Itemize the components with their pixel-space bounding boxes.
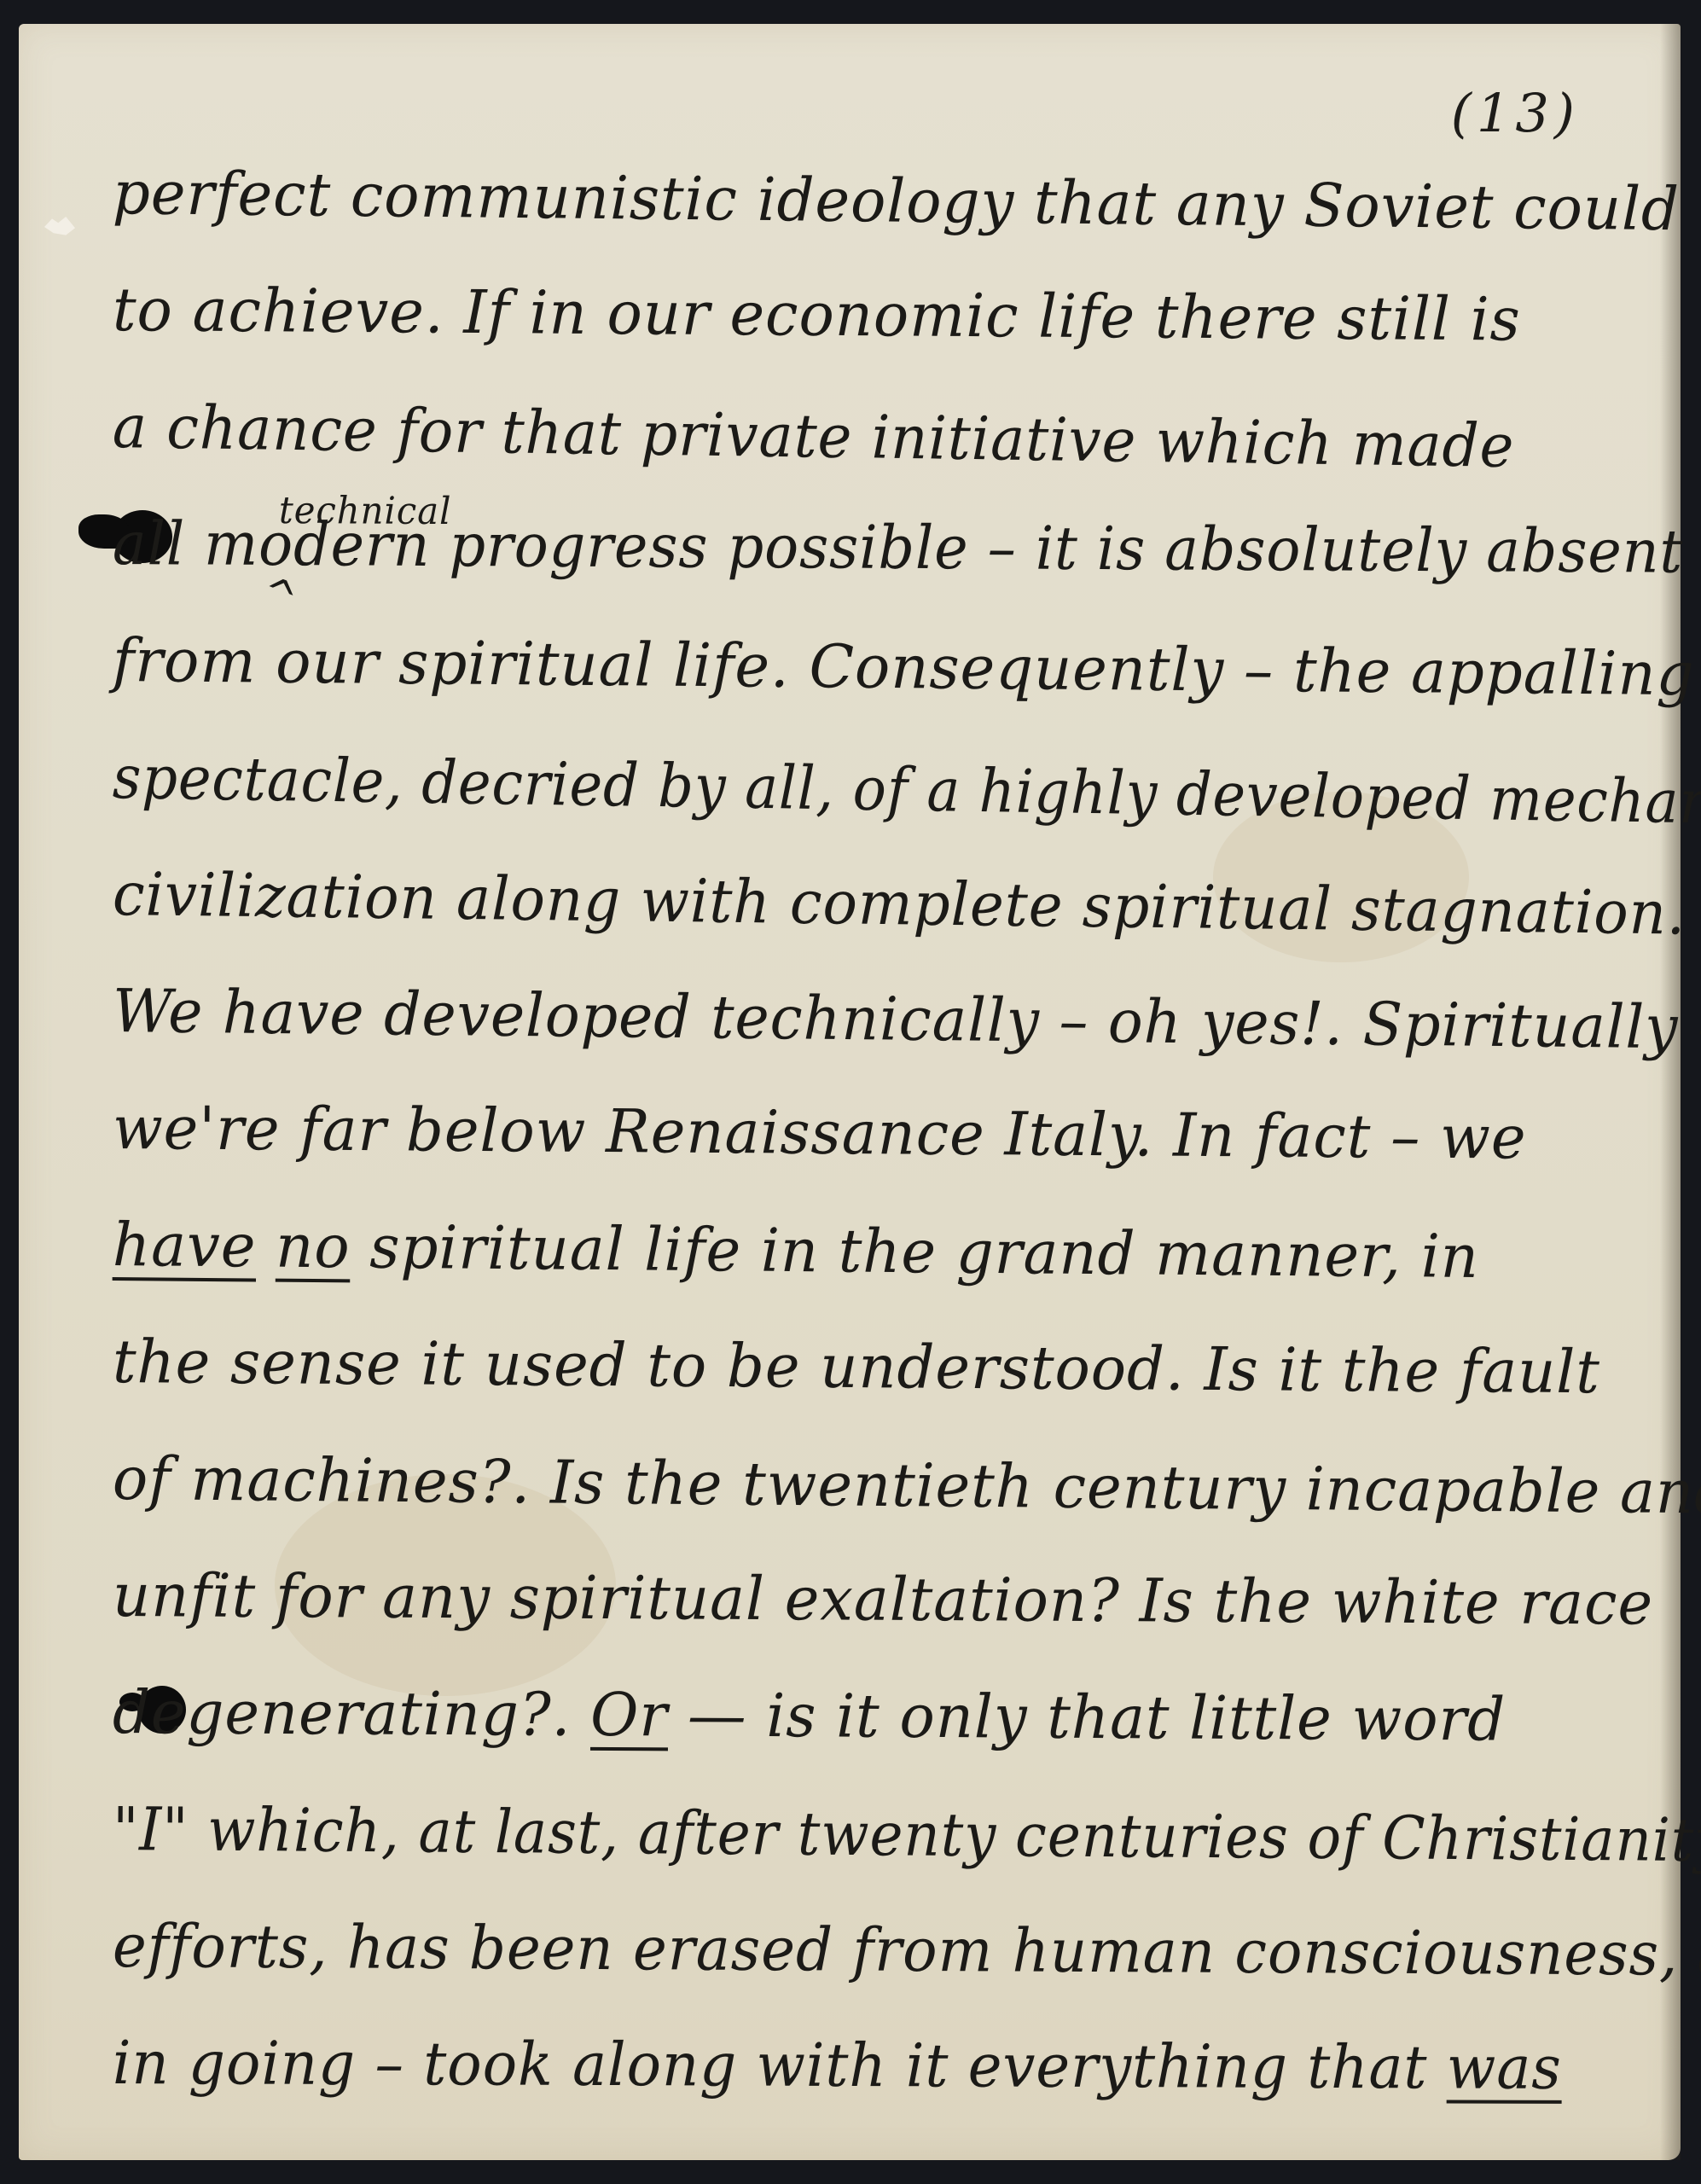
text-line-7: civilization along with complete spiritu… <box>112 836 1579 971</box>
line-text: to achieve. If in our economic life ther… <box>113 252 1522 379</box>
line-text: of machines?. Is the twentieth century i… <box>112 1420 1701 1552</box>
underlined-word-no: no <box>276 1188 351 1306</box>
line-text: degenerating?. <box>113 1654 591 1774</box>
text-line-4: technical ^ all modern progress possible… <box>113 485 1564 610</box>
text-line-17: in going – took along with it everything… <box>113 2005 1579 2127</box>
text-line-14: degenerating?. Or — is it only that litt… <box>113 1654 1610 1779</box>
text-line-2: to achieve. If in our economic life ther… <box>113 252 1610 379</box>
text-line-1: perfect communistic ideology that any So… <box>112 135 1610 267</box>
line-text: unfit for any spiritual exaltation? Is t… <box>113 1537 1654 1662</box>
text-line-8: We have developed technically – oh yes!.… <box>112 953 1594 1085</box>
scan-frame: (13) perfect communistic ideology that a… <box>0 0 1701 2184</box>
text-line-6: spectacle, decried by all, of a highly d… <box>112 719 1534 858</box>
underlined-word-have: have <box>112 1187 257 1304</box>
line-text: — is it only that little word <box>668 1657 1507 1778</box>
line-text: in going – took along with it everything… <box>113 2005 1447 2126</box>
line-text: "I" which, at last, after twenty centuri… <box>113 1771 1701 1900</box>
line-text: the sense it used to be understood. Is i… <box>113 1304 1601 1431</box>
underlined-word-or: Or <box>590 1657 669 1774</box>
text-line-13: unfit for any spiritual exaltation? Is t… <box>113 1537 1610 1662</box>
line-text: We have developed technically – oh yes!.… <box>112 953 1701 1087</box>
handwritten-text-body: perfect communistic ideology that any So… <box>113 135 1640 2122</box>
text-line-9: we're far below Renaissance Italy. In fa… <box>113 1070 1610 1197</box>
line-text <box>256 1188 276 1304</box>
manuscript-page: (13) perfect communistic ideology that a… <box>19 24 1681 2160</box>
text-line-15: "I" which, at last, after twenty centuri… <box>113 1771 1549 1898</box>
text-line-5: from our spiritual life. Consequently – … <box>112 602 1609 732</box>
line-text: from our spiritual life. Consequently – … <box>112 602 1695 733</box>
line-text: we're far below Renaissance Italy. In fa… <box>113 1070 1527 1197</box>
line-text: civilization along with complete spiritu… <box>112 836 1686 973</box>
paper-tear <box>44 217 75 237</box>
text-line-10: have no spiritual life in the grand mann… <box>112 1187 1609 1316</box>
text-line-16: efforts, has been erased from human cons… <box>113 1888 1579 2013</box>
text-line-12: of machines?. Is the twentieth century i… <box>112 1420 1609 1550</box>
line-text: spiritual life in the grand manner, in <box>350 1188 1480 1316</box>
line-text: perfect communistic ideology that any So… <box>112 135 1701 270</box>
underlined-word-was: was <box>1447 2009 1562 2126</box>
text-line-11: the sense it used to be understood. Is i… <box>113 1304 1610 1431</box>
line-text: efforts, has been erased from human cons… <box>113 1888 1701 2014</box>
